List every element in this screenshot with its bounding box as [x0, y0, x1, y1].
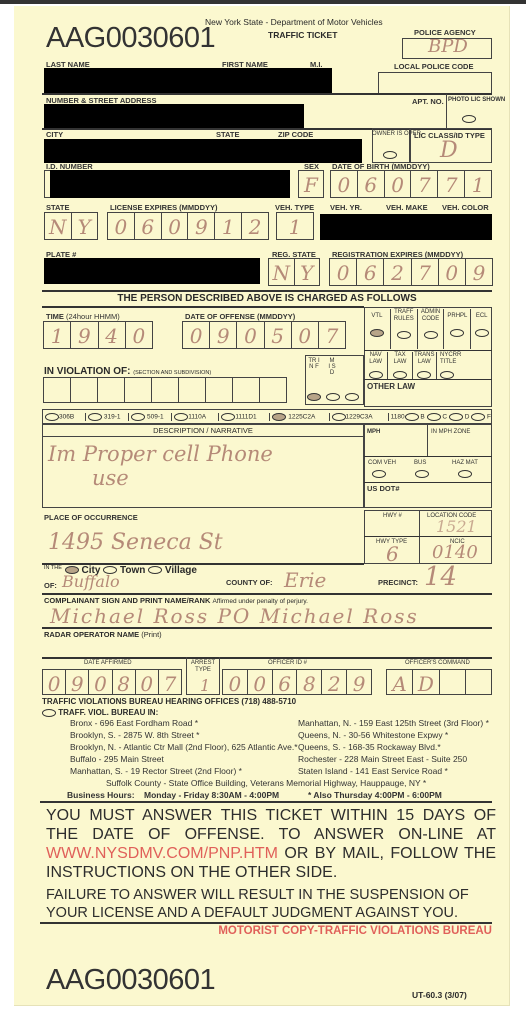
cell	[44, 378, 71, 402]
code-oval[interactable]	[405, 413, 419, 421]
date-offense-field[interactable]: 0 9 0 5 0 7	[182, 321, 346, 349]
office-brooklyn-s: Brooklyn, S. - 2875 W. 8th Street *	[70, 730, 199, 740]
location-code-value: 1521	[436, 517, 477, 536]
redacted-plate	[44, 258, 260, 284]
digit: 2	[322, 670, 347, 694]
digit: 0	[89, 670, 112, 694]
digit: 9	[66, 670, 89, 694]
office-suffolk: Suffolk County - State Office Building, …	[106, 778, 426, 788]
office-bronx: Bronx - 696 East Fordham Road *	[70, 718, 198, 728]
digit: 7	[412, 259, 439, 285]
hwy-type-value: 6	[386, 542, 399, 566]
digit: 5	[265, 322, 292, 348]
misd-label: M I S D	[328, 358, 336, 376]
us-dot-label: US DOT#	[367, 484, 400, 493]
in-the-label: IN THE	[44, 565, 62, 571]
code-1225c2a[interactable]: 1225C2A	[270, 413, 329, 421]
county-label: COUNTY OF:	[226, 578, 273, 587]
complainant-signature[interactable]: Michael Ross PO Michael Ross	[50, 604, 419, 628]
digit: 9	[466, 259, 492, 285]
digit: 0	[43, 670, 66, 694]
divider	[364, 350, 492, 351]
nycrr-oval[interactable]	[440, 371, 454, 379]
reg-state-field[interactable]: N Y	[268, 258, 320, 286]
hours-thursday: * Also Thursday 4:00PM - 6:00PM	[308, 790, 442, 800]
agency-name: New York State - Department of Motor Veh…	[205, 17, 383, 27]
time-field[interactable]: 1 9 4 0	[43, 321, 153, 349]
date-affirmed-label: DATE AFFIRMED	[84, 660, 132, 667]
char: N	[269, 259, 295, 285]
description-line1: Im Proper cell Phone	[48, 442, 273, 466]
cell	[71, 378, 98, 402]
divider	[40, 801, 492, 803]
radar-sub: (Print)	[141, 630, 161, 639]
other-law-label: OTHER LAW	[367, 382, 415, 391]
law-label: VTL	[364, 313, 390, 320]
dob-field[interactable]: 0 6 0 7 7 1	[330, 170, 492, 198]
time-label: TIME (24hour HHMM)	[46, 312, 120, 321]
cell	[233, 378, 260, 402]
reg-expires-field[interactable]: 0 6 2 7 0 9	[329, 258, 493, 286]
veh-color-label: VEH. COLOR	[442, 203, 489, 212]
mph-label: MPH	[367, 429, 380, 436]
village-label: Village	[165, 565, 197, 576]
divider	[364, 456, 492, 457]
law-prhpl[interactable]: PRHPL	[444, 309, 471, 349]
arrest-type-value: 1	[200, 676, 210, 695]
digit: 8	[297, 670, 322, 694]
digit: 0	[183, 322, 210, 348]
owner-oval[interactable]	[383, 151, 397, 159]
digit: 7	[159, 670, 181, 694]
sex-field[interactable]: F	[298, 170, 324, 198]
village-oval[interactable]	[148, 566, 162, 574]
violation-label: IN VIOLATION OF: (SECTION AND SUBDIVISIO…	[44, 366, 211, 377]
law-traff-rules[interactable]: TRAFF RULES	[391, 309, 418, 349]
haz-mat-label: HAZ MAT	[452, 460, 478, 467]
law-label: ECL	[471, 313, 492, 320]
digit: 0	[248, 670, 273, 694]
code-oval[interactable]	[221, 413, 235, 421]
charge-heading: THE PERSON DESCRIBED ABOVE IS CHARGED AS…	[42, 293, 492, 304]
photo-lic-label: PHOTO LIC SHOWN	[448, 97, 492, 104]
char	[466, 670, 491, 694]
county-value[interactable]: Erie	[284, 568, 326, 592]
digit: 6	[135, 213, 162, 239]
command-label: OFFICER'S COMMAND	[405, 660, 470, 667]
veh-type-value: 1	[277, 213, 313, 239]
digit: 0	[330, 259, 357, 285]
trinf-label: TR I N F	[308, 358, 320, 370]
law-types-row2: NAV LAW TAX LAW TRANS LAW NYCRR TITLE	[364, 352, 468, 380]
cell	[206, 378, 233, 402]
zip-label: ZIP CODE	[278, 130, 313, 139]
digit: 0	[237, 322, 264, 348]
bureau-label: TRAFF. VIOL. BUREAU IN:	[58, 708, 158, 717]
bureau-row: TRAFF. VIOL. BUREAU IN:	[42, 708, 158, 717]
cell	[260, 378, 286, 402]
city-label: CITY	[46, 130, 63, 139]
failure-notice: FAILURE TO ANSWER WILL RESULT IN THE SUS…	[46, 886, 496, 922]
office-buffalo: Buffalo - 295 Main Street	[70, 754, 164, 764]
redacted-vehicle	[320, 214, 492, 240]
hwy-label: HWY #	[383, 513, 402, 520]
ticket-title: TRAFFIC TICKET	[268, 30, 337, 40]
license-expires-field[interactable]: 0 6 0 9 1 2	[107, 212, 269, 240]
digit: 0	[331, 171, 358, 197]
law-nycrr[interactable]: NYCRR TITLE	[437, 352, 468, 380]
law-label: NAV LAW	[364, 352, 387, 366]
code-oval[interactable]	[427, 413, 441, 421]
local-police-code-field[interactable]	[378, 72, 492, 94]
form-code: UT-60.3 (3/07)	[412, 990, 467, 1000]
place-label: PLACE OF OCCURRENCE	[44, 513, 138, 522]
description-line2: use	[92, 466, 129, 490]
law-admin-code[interactable]: ADMIN CODE	[418, 309, 445, 349]
hours-value: Monday - Friday 8:30AM - 4:00PM	[144, 790, 279, 800]
code-oval[interactable]	[45, 413, 59, 421]
divider	[364, 379, 492, 380]
misd-oval[interactable]	[326, 393, 340, 401]
owner-label: OWNER IS OPER.	[372, 131, 410, 138]
cell	[125, 378, 152, 402]
command-field[interactable]: A D	[386, 669, 492, 695]
divider	[42, 657, 492, 659]
photo-lic-oval[interactable]	[462, 115, 476, 123]
law-vtl[interactable]: VTL	[364, 309, 391, 349]
digit: 0	[136, 670, 159, 694]
ecl-oval[interactable]	[475, 329, 489, 337]
digit: 2	[242, 213, 268, 239]
office-queens-s: Queens, S. - 168-35 Rockaway Blvd.*	[298, 742, 441, 752]
of-value[interactable]: Buffalo	[62, 572, 120, 591]
state-label: STATE	[216, 130, 239, 139]
veh-yr-label: VEH. YR.	[330, 203, 362, 212]
precinct-label: PRECINCT:	[378, 578, 418, 587]
law-tax[interactable]: TAX LAW	[388, 352, 412, 380]
com-veh-label: COM VEH	[368, 460, 396, 467]
char: Y	[295, 259, 320, 285]
code-oval[interactable]	[88, 413, 102, 421]
business-hours: Business Hours: Monday - Friday 8:30AM -…	[67, 790, 279, 800]
code-1110a[interactable]: 1110A	[172, 413, 219, 421]
digit: 1	[465, 171, 491, 197]
digit: 1	[215, 213, 242, 239]
digit: 7	[319, 322, 345, 348]
offices-heading: TRAFFIC VIOLATIONS BUREAU HEARING OFFICE…	[42, 697, 296, 706]
law-ecl[interactable]: ECL	[471, 309, 492, 349]
office-brooklyn-n: Brooklyn, N. - Atlantic Ctr Mall (2nd Fl…	[70, 742, 298, 752]
copy-label: MOTORIST COPY-TRAFFIC VIOLATIONS BUREAU	[140, 925, 492, 937]
date-affirmed-field[interactable]: 0 9 0 8 0 7	[42, 669, 182, 695]
law-label: ADMIN CODE	[418, 309, 444, 323]
bus-label: BUS	[414, 460, 426, 467]
office-rochester: Rochester - 228 Main Street East - Suite…	[298, 754, 467, 764]
code-1111d1[interactable]: 1111D1	[219, 413, 270, 421]
law-nav[interactable]: NAV LAW	[364, 352, 388, 380]
traff-rules-oval[interactable]	[397, 331, 411, 339]
bus-oval[interactable]	[415, 470, 429, 478]
of-label: OF:	[44, 581, 57, 590]
radar-label-row: RADAR OPERATOR NAME (Print)	[44, 630, 162, 639]
officer-id-field[interactable]: 0 0 6 8 2 9	[222, 669, 372, 695]
officer-id-label: OFFICER ID #	[268, 660, 307, 667]
digit: 0	[439, 259, 466, 285]
law-trans[interactable]: TRANS LAW	[413, 352, 437, 380]
digit: 0	[292, 322, 319, 348]
cell	[152, 378, 179, 402]
law-label: NYCRR TITLE	[440, 352, 464, 366]
digit: 6	[357, 259, 384, 285]
law-label: PRHPL	[444, 313, 470, 320]
digit: 9	[347, 670, 371, 694]
place-value[interactable]: 1495 Seneca St	[48, 530, 223, 555]
digit: 6	[273, 670, 298, 694]
apt-label: APT. NO.	[412, 97, 444, 106]
veh-type-label: VEH. TYPE	[275, 203, 314, 212]
hours-label: Business Hours:	[67, 790, 135, 800]
veh-make-label: VEH. MAKE	[386, 203, 428, 212]
digit: 0	[162, 213, 189, 239]
code-oval[interactable]	[449, 413, 463, 421]
divider	[419, 510, 420, 564]
digit: 1	[44, 322, 71, 348]
divider	[42, 290, 492, 292]
digit: 0	[108, 213, 135, 239]
date-offense-label: DATE OF OFFENSE (MMDDYY)	[185, 312, 295, 321]
digit: 9	[71, 322, 98, 348]
codes-row: 306B 319-1 509-1 1110A 1111D1 1225C2A 12…	[42, 409, 492, 424]
divider	[42, 627, 492, 629]
veh-type-field[interactable]: 1	[276, 212, 314, 240]
digit: 0	[223, 670, 248, 694]
char: D	[413, 670, 439, 694]
admin-code-oval[interactable]	[424, 331, 438, 339]
redacted-city	[44, 139, 362, 163]
divider	[42, 306, 364, 308]
char: Y	[72, 213, 98, 239]
description-label: DESCRIPTION / NARRATIVE	[42, 426, 364, 437]
com-veh-oval[interactable]	[372, 470, 386, 478]
violation-field[interactable]	[43, 377, 287, 403]
law-label: TAX LAW	[388, 352, 411, 366]
code-oval[interactable]	[131, 413, 145, 421]
code-oval[interactable]	[332, 413, 346, 421]
char: A	[387, 670, 413, 694]
state2-label: STATE	[46, 203, 69, 212]
tax-law-oval[interactable]	[393, 371, 407, 379]
radar-label: RADAR OPERATOR NAME	[44, 630, 139, 639]
cell	[98, 378, 125, 402]
office-manhattan-s: Manhattan, S. - 19 Rector Street (2nd Fl…	[70, 766, 242, 776]
other-class-oval[interactable]	[345, 393, 359, 401]
local-police-code-label: LOCAL POLICE CODE	[394, 62, 473, 71]
trans-law-oval[interactable]	[417, 371, 431, 379]
divider	[427, 424, 428, 456]
vtl-oval[interactable]	[370, 329, 384, 337]
nav-law-oval[interactable]	[369, 371, 383, 379]
ticket-number: AAG0030601	[46, 22, 215, 55]
license-expires-label: LICENSE EXPIRES (MMDDYY)	[110, 203, 218, 212]
answer-notice: YOU MUST ANSWER THIS TICKET WITHIN 15 DA…	[46, 806, 496, 882]
divider	[364, 482, 492, 483]
digit: 7	[438, 171, 465, 197]
code-oval[interactable]	[174, 413, 188, 421]
code-1180[interactable]: 1180 B C D F	[389, 413, 491, 421]
office-manhattan-n: Manhattan, N. - 159 East 125th Street (3…	[298, 718, 489, 728]
divider	[40, 922, 492, 924]
redacted-address	[44, 104, 304, 128]
digit: 8	[113, 670, 136, 694]
code-509-1[interactable]: 509-1	[129, 413, 172, 421]
trinf-oval[interactable]	[307, 393, 321, 401]
digit: 0	[385, 171, 412, 197]
law-label: TRAFF RULES	[391, 309, 417, 323]
code-oval[interactable]	[471, 413, 485, 421]
police-agency-value: BPD	[428, 36, 468, 57]
cell	[179, 378, 206, 402]
redacted-id	[50, 170, 290, 198]
footer-ticket-number: AAG0030601	[46, 964, 215, 997]
digit: 9	[210, 322, 237, 348]
code-319-1[interactable]: 319-1	[86, 413, 129, 421]
digit: 6	[358, 171, 385, 197]
divider	[364, 536, 492, 537]
digit: 4	[99, 322, 126, 348]
scan-edge	[0, 0, 526, 4]
code-306b[interactable]: 306B	[43, 413, 86, 421]
digit: 2	[384, 259, 411, 285]
law-label: TRANS LAW	[413, 352, 436, 366]
divider	[42, 93, 492, 95]
digit: 9	[188, 213, 215, 239]
dmv-url-link[interactable]: WWW.NYSDMV.COM/PNP.HTM	[46, 845, 278, 862]
char	[440, 670, 466, 694]
code-oval[interactable]	[272, 413, 286, 421]
char: N	[45, 213, 72, 239]
digit: 7	[411, 171, 438, 197]
law-types-row1: VTL TRAFF RULES ADMIN CODE PRHPL ECL	[364, 309, 492, 349]
code-1229c3a[interactable]: 1229C3A	[330, 413, 389, 421]
divider	[42, 593, 492, 595]
digit: 0	[126, 322, 152, 348]
prhpl-oval[interactable]	[450, 329, 464, 337]
lic-class-value: D	[440, 138, 458, 163]
mph-zone-label: IN MPH ZONE	[431, 429, 470, 436]
sex-value: F	[299, 171, 323, 197]
haz-mat-oval[interactable]	[458, 470, 472, 478]
arrest-type-label: ARREST TYPE	[186, 660, 220, 674]
precinct-value[interactable]: 14	[424, 562, 457, 592]
ncic-value: 0140	[432, 542, 478, 563]
redacted-name	[44, 68, 332, 93]
office-queens-n: Queens, N. - 30-56 Whitestone Expwy *	[298, 730, 448, 740]
office-staten-island: Staten Island - 141 East Service Road *	[298, 766, 448, 776]
state-field[interactable]: N Y	[44, 212, 98, 240]
town-label: Town	[120, 565, 145, 576]
bureau-oval[interactable]	[42, 709, 56, 717]
